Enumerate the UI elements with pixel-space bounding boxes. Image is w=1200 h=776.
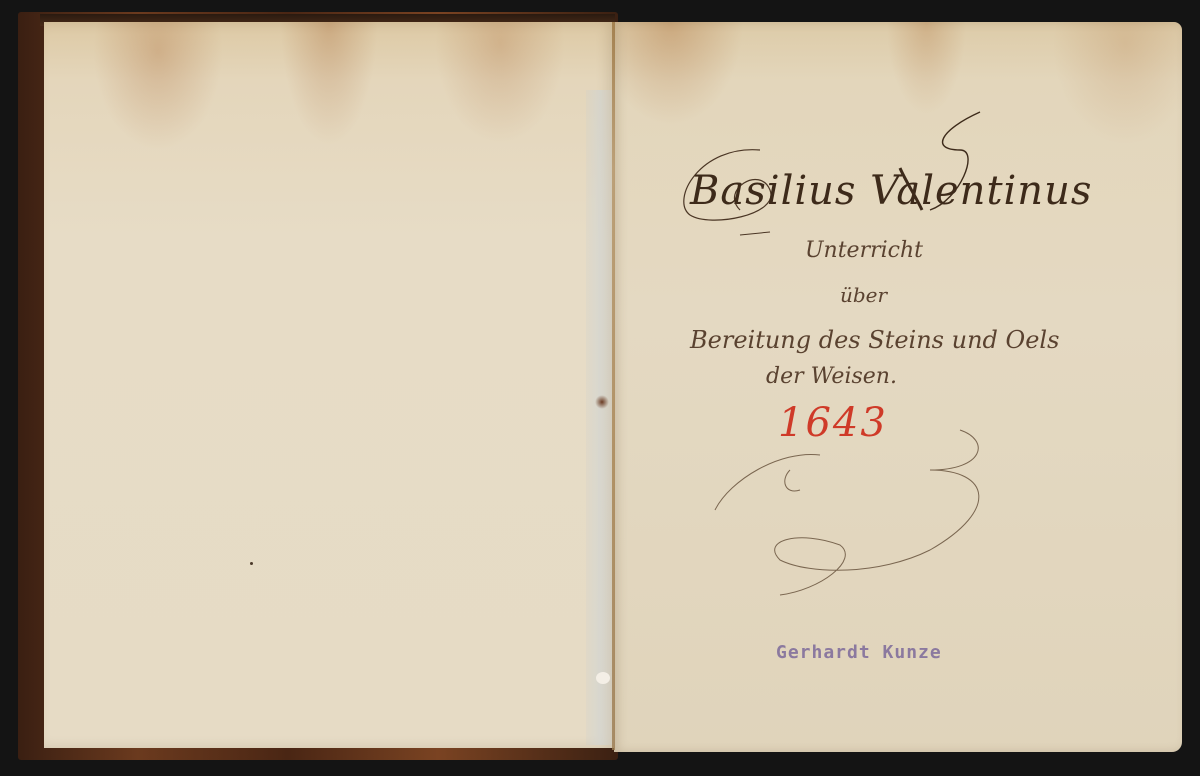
title-line-ueber: über xyxy=(840,283,887,307)
title-line-unterricht: Unterricht xyxy=(805,238,923,263)
title-line-subject: Bereitung des Steins und Oels xyxy=(690,326,1059,354)
title-line-der-weisen: der Weisen. xyxy=(766,364,897,389)
calligraphic-flourishes xyxy=(0,0,1200,776)
owner-stamp: Gerhardt Kunze xyxy=(776,642,942,663)
date-1643: 1643 xyxy=(778,400,888,446)
title-author: Basilius Valentinus xyxy=(690,168,1092,214)
